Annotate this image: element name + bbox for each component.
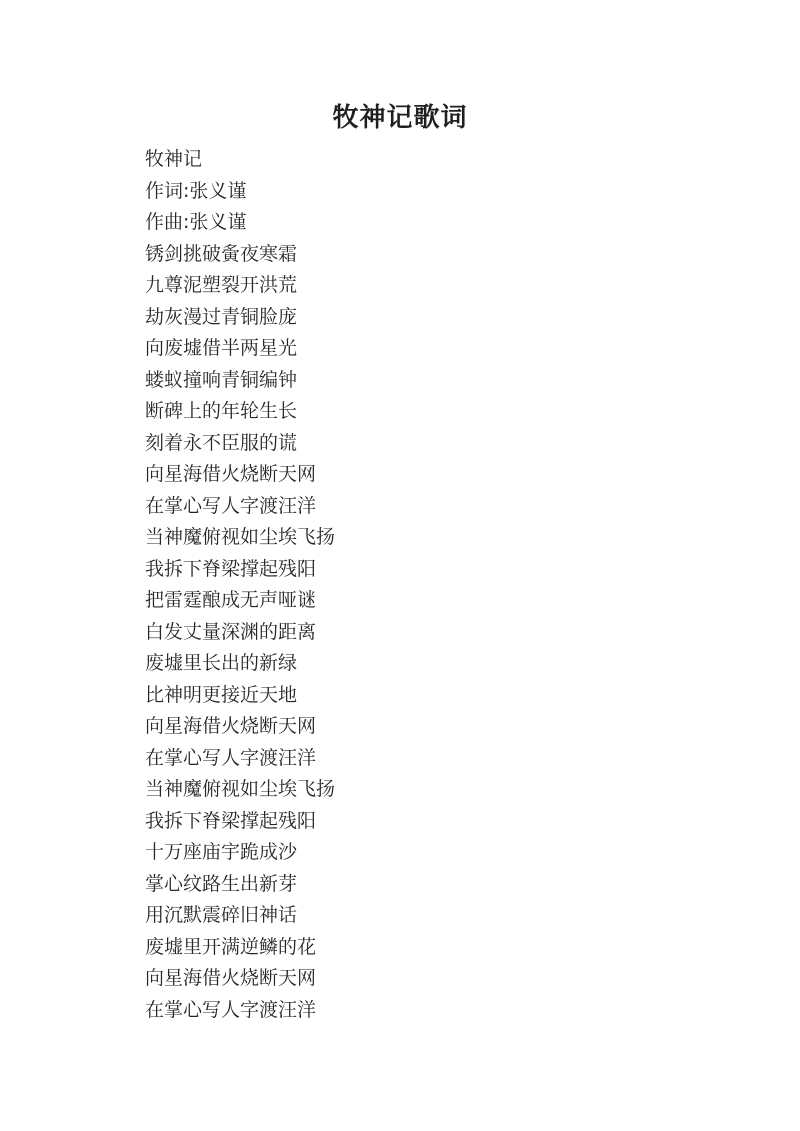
lyric-line: 锈剑挑破夤夜寒霜 xyxy=(145,239,800,271)
lyric-line: 当神魔俯视如尘埃飞扬 xyxy=(145,774,800,806)
lyric-line: 废墟里开满逆鳞的花 xyxy=(145,932,800,964)
lyric-line: 向星海借火烧断天网 xyxy=(145,711,800,743)
lyric-line: 白发丈量深渊的距离 xyxy=(145,617,800,649)
lyric-line: 在掌心写人字渡汪洋 xyxy=(145,995,800,1027)
lyric-line: 废墟里长出的新绿 xyxy=(145,648,800,680)
lyric-line: 我拆下脊梁撑起残阳 xyxy=(145,806,800,838)
lyric-line: 用沉默震碎旧神话 xyxy=(145,900,800,932)
lyric-line: 牧神记 xyxy=(145,144,800,176)
lyric-line: 在掌心写人字渡汪洋 xyxy=(145,491,800,523)
lyric-line: 蝼蚁撞响青铜编钟 xyxy=(145,365,800,397)
lyric-line: 十万座庙宇跪成沙 xyxy=(145,837,800,869)
lyric-line: 作词:张义谨 xyxy=(145,176,800,208)
lyric-line: 刻着永不臣服的谎 xyxy=(145,428,800,460)
lyric-line: 向废墟借半两星光 xyxy=(145,333,800,365)
document-page: 牧神记歌词 牧神记作词:张义谨作曲:张义谨锈剑挑破夤夜寒霜九尊泥塑裂开洪荒劫灰漫… xyxy=(0,0,800,1131)
lyric-line: 向星海借火烧断天网 xyxy=(145,963,800,995)
lyric-line: 劫灰漫过青铜脸庞 xyxy=(145,302,800,334)
lyric-line: 比神明更接近天地 xyxy=(145,680,800,712)
lyric-line: 掌心纹路生出新芽 xyxy=(145,869,800,901)
lyrics-body: 牧神记作词:张义谨作曲:张义谨锈剑挑破夤夜寒霜九尊泥塑裂开洪荒劫灰漫过青铜脸庞向… xyxy=(0,144,800,1026)
lyric-line: 九尊泥塑裂开洪荒 xyxy=(145,270,800,302)
lyric-line: 当神魔俯视如尘埃飞扬 xyxy=(145,522,800,554)
lyric-line: 作曲:张义谨 xyxy=(145,207,800,239)
lyric-line: 向星海借火烧断天网 xyxy=(145,459,800,491)
page-title: 牧神记歌词 xyxy=(0,103,800,133)
lyric-line: 把雷霆酿成无声哑谜 xyxy=(145,585,800,617)
lyric-line: 在掌心写人字渡汪洋 xyxy=(145,743,800,775)
lyric-line: 我拆下脊梁撑起残阳 xyxy=(145,554,800,586)
lyric-line: 断碑上的年轮生长 xyxy=(145,396,800,428)
